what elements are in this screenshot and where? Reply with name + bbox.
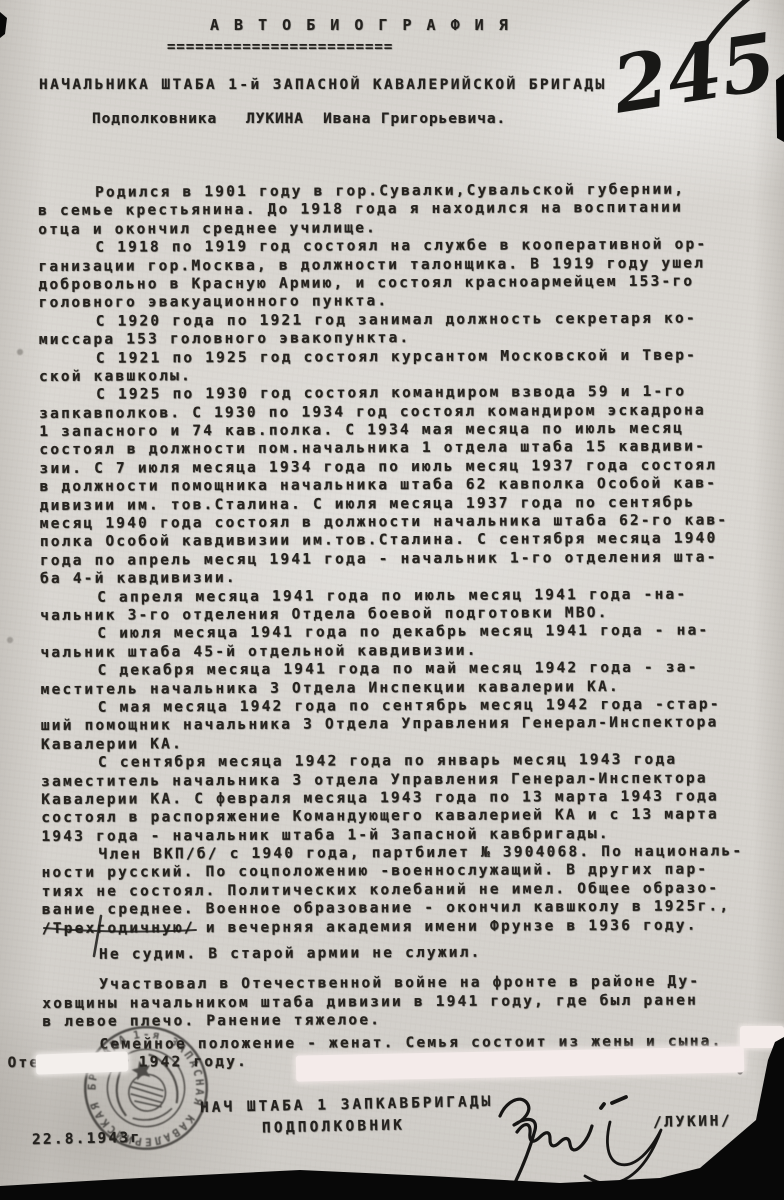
body-line: Не судим. В старой армии не служил. — [42, 942, 764, 964]
paragraph: С сентября месяца 1942 года по январь ме… — [41, 750, 763, 846]
body-line: /Трехгодичную/ и вечерняя академия имени… — [42, 916, 764, 938]
body-line: С декабря месяца 1941 года по май месяц … — [41, 658, 763, 680]
paragraph: Не судим. В старой армии не служил. — [42, 942, 764, 964]
signer-rank-line: ПОДПОЛКОВНИК — [262, 1118, 405, 1137]
body-line: С 1921 по 1925 год состоял курсантом Мос… — [39, 346, 761, 368]
body-line: С июля месяца 1941 года по декабрь месяц… — [40, 622, 762, 644]
correction-patch — [740, 1026, 784, 1048]
document-body: Родился в 1901 году в гор.Сувалки,Суваль… — [38, 180, 765, 1072]
body-line: С апреля месяца 1941 года по июль месяц … — [40, 585, 762, 607]
officer-name-line: Подполковника ЛУКИНА Ивана Григорьевича. — [92, 111, 506, 127]
paragraph: С мая месяца 1942 года по сентябрь месяц… — [41, 695, 763, 754]
body-line: в семье крестьянина. До 1918 года я нахо… — [38, 199, 760, 221]
body-line: ший помощник начальника 3 Отдела Управле… — [41, 714, 763, 736]
body-line: в левое плечо. Ранение тяжелое. — [42, 1009, 764, 1031]
paragraph: Член ВКП/б/ с 1940 года, партбилет № 390… — [41, 842, 763, 938]
correction-patch — [36, 1051, 129, 1074]
paragraph: С 1921 по 1925 год состоял курсантом Мос… — [39, 346, 761, 387]
signer-typed-name: /ЛУКИН/ — [653, 1113, 733, 1131]
signature-date: 22.8.1943г — [32, 1130, 142, 1148]
body-line: состоял в распоряжение Командующего кава… — [41, 805, 763, 827]
document-title: А В Т О Б И О Г Р А Ф И Я — [210, 16, 511, 34]
subject-line: НАЧАЛЬНИКА ШТАБА 1-й ЗАПАСНОЙ КАВАЛЕРИЙС… — [39, 77, 607, 93]
scanned-document-page: { "annotations": { "handwritten_page_num… — [0, 0, 784, 1200]
paragraph: С июля месяца 1941 года по декабрь месяц… — [40, 622, 762, 663]
paragraph: С декабря месяца 1941 года по май месяц … — [41, 658, 763, 699]
paragraph: Родился в 1901 году в гор.Сувалки,Суваль… — [38, 180, 760, 239]
title-underline: ======================== — [167, 39, 393, 55]
body-line: С 1920 года по 1921 год занимал должност… — [39, 309, 761, 331]
paragraph: С 1925 по 1930 год состоял командиром вз… — [39, 383, 762, 589]
paragraph: С апреля месяца 1941 года по июль месяц … — [40, 585, 762, 626]
paragraph: С 1918 по 1919 год состоял на службе в к… — [38, 235, 760, 312]
paragraph: С 1920 года по 1921 год занимал должност… — [39, 309, 761, 350]
paragraph: Участвовал в Отечественной войне на фрон… — [42, 973, 764, 1032]
